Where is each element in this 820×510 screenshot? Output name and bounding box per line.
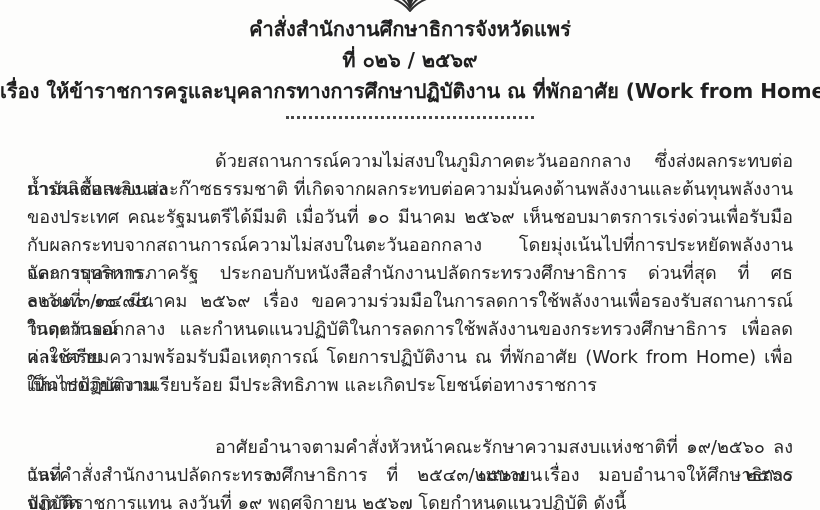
- header-number-line: ที่ ๐๒๖ / ๒๕๖๙: [0, 45, 820, 76]
- paragraph-line: จัดการบุคลากรภาครัฐ ประกอบกับหนังสือสำนั…: [27, 260, 793, 288]
- paragraph-line: น้ำมันเชื้อเพลิง และก๊าซธรรมชาติ ที่เกิด…: [27, 176, 793, 204]
- dotted-separator: [286, 116, 534, 119]
- document-header: คำสั่งสำนักงานศึกษาธิการจังหวัดแพร่ ที่ …: [0, 14, 820, 107]
- paragraph-line: เป็นไปด้วยความเรียบร้อย มีประสิทธิภาพ แล…: [27, 372, 793, 400]
- body-paragraph-2: อาศัยอำนาจตามคำสั่งหัวหน้าคณะรักษาความสง…: [27, 434, 793, 510]
- paragraph-line: ด้วยสถานการณ์ความไม่สงบในภูมิภาคตะวันออก…: [27, 148, 793, 176]
- paragraph-line: และคำสั่งสำนักงานปลัดกระทรวงศึกษาธิการ ท…: [27, 462, 793, 490]
- scanned-document-page: คำสั่งสำนักงานศึกษาธิการจังหวัดแพร่ ที่ …: [0, 0, 820, 510]
- header-subject-line: เรื่อง ให้ข้าราชการครูและบุคลากรทางการศึ…: [0, 76, 820, 107]
- paragraph-line: ในตะวันออกกลาง และกำหนดแนวปฏิบัติในการลด…: [27, 316, 793, 344]
- body-paragraph-1: ด้วยสถานการณ์ความไม่สงบในภูมิภาคตะวันออก…: [27, 148, 793, 400]
- header-org-line: คำสั่งสำนักงานศึกษาธิการจังหวัดแพร่: [0, 14, 820, 45]
- paragraph-line: ลงวันที่ ๑๐ มีนาคม ๒๕๖๙ เรื่อง ขอความร่ว…: [27, 288, 793, 316]
- paragraph-line: ของประเทศ คณะรัฐมนตรีได้มีมติ เมื่อวันที…: [27, 204, 793, 232]
- garuda-emblem-icon: [368, 0, 452, 14]
- paragraph-line: กับผลกระทบจากสถานการณ์ความไม่สงบในตะวันอ…: [27, 232, 793, 260]
- paragraph-line: และเตรียมความพร้อมรับมือเหตุการณ์ โดยการ…: [27, 344, 793, 372]
- paragraph-line: อาศัยอำนาจตามคำสั่งหัวหน้าคณะรักษาความสง…: [27, 434, 793, 462]
- paragraph-line: ปฏิบัติราชการแทน ลงวันที่ ๑๙ พฤศจิกายน ๒…: [27, 490, 793, 510]
